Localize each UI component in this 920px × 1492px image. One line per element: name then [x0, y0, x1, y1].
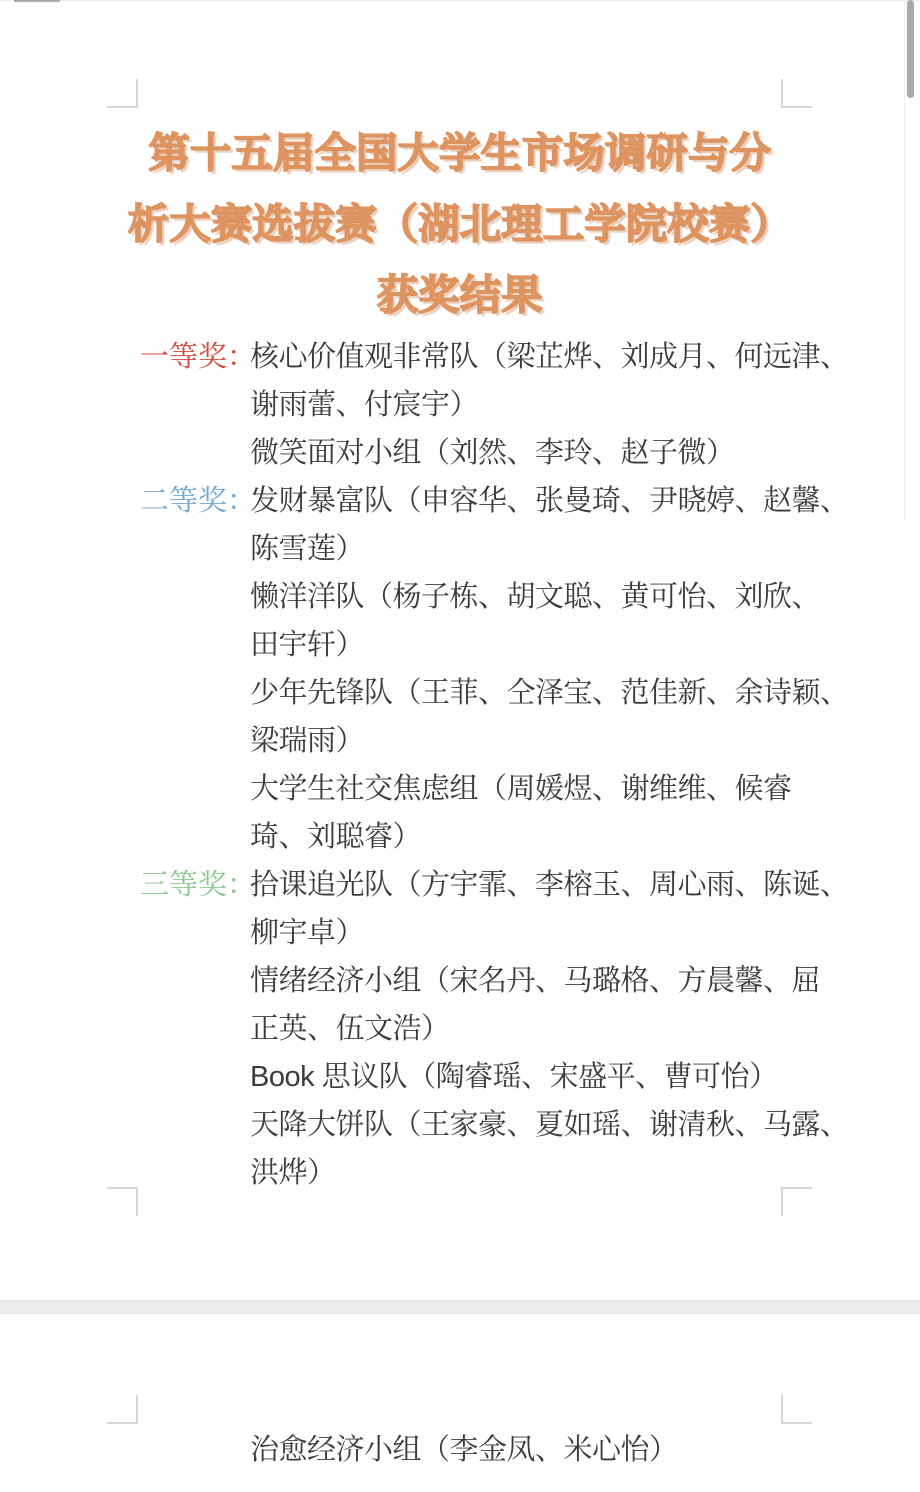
award-rank-label: 一等奖：: [140, 333, 256, 381]
award-line: 陈雪莲）: [140, 525, 830, 573]
award-rank-label: 三等奖：: [140, 861, 256, 909]
award-line-text: 柳宇卓）: [250, 917, 364, 949]
award-line: 少年先锋队（王菲、仝泽宝、范佳新、余诗颖、: [140, 669, 830, 717]
crop-mark-page2-top-right: [781, 1395, 812, 1424]
award-line-text: 谢雨蕾、付宸宇）: [250, 389, 478, 421]
award-line-text: 大学生社交焦虑组（周媛煜、谢维维、候睿: [250, 773, 792, 805]
top-edge-line: [0, 0, 920, 1]
award-line-text: 拾课追光队（方宇霏、李榕玉、周心雨、陈诞、: [250, 869, 849, 901]
page-gap-band: [0, 1300, 920, 1314]
award-line-text: 梁瑞雨）: [250, 725, 364, 757]
title-line-3: 获奖结果: [60, 260, 860, 331]
scrollbar-thumb[interactable]: [907, 0, 914, 98]
title-line-2: 析大赛选拔赛（湖北理工学院校赛）: [60, 189, 860, 260]
scrollbar-track[interactable]: [904, 0, 905, 520]
crop-mark-page2-top-left: [107, 1395, 138, 1424]
award-line-text: 情绪经济小组（宋名丹、马璐格、方晨馨、屈: [250, 965, 820, 997]
award-line: 田宇轩）: [140, 621, 830, 669]
award-line-text: 田宇轩）: [250, 629, 364, 661]
award-line: 二等奖： 发财暴富队（申容华、张曼琦、尹晓婷、赵馨、: [140, 477, 830, 525]
award-line: 治愈经济小组（李金凤、米心怡）: [140, 1428, 830, 1472]
award-line: 正英、伍文浩）: [140, 1005, 830, 1053]
crop-mark-page1-top-right: [781, 79, 812, 108]
crop-mark-page1-top-left: [107, 79, 138, 108]
award-line: 三等奖： 拾课追光队（方宇霏、李榕玉、周心雨、陈诞、: [140, 861, 830, 909]
award-line-text: 核心价值观非常队（梁芷烨、刘成月、何远津、: [250, 341, 849, 373]
award-line-text: 天降大饼队（王家豪、夏如瑶、谢清秋、马露、: [250, 1109, 849, 1141]
award-line-text: 懒洋洋队（杨子栋、胡文聪、黄可怡、刘欣、: [250, 581, 820, 613]
award-line-text: Book 思议队（陶睿瑶、宋盛平、曹可怡）: [250, 1061, 778, 1093]
crop-mark-page1-bottom-left: [107, 1187, 138, 1216]
award-line-text: 微笑面对小组（刘然、李玲、赵子微）: [250, 437, 735, 469]
award-line: 琦、刘聪睿）: [140, 813, 830, 861]
award-line: 懒洋洋队（杨子栋、胡文聪、黄可怡、刘欣、: [140, 573, 830, 621]
award-rank-label: 二等奖：: [140, 477, 256, 525]
award-line: 洪烨）: [140, 1149, 830, 1197]
award-line-text: 洪烨）: [250, 1157, 336, 1189]
award-line: 微笑面对小组（刘然、李玲、赵子微）: [140, 429, 830, 477]
award-line: 一等奖： 核心价值观非常队（梁芷烨、刘成月、何远津、: [140, 333, 830, 381]
award-line-text: 发财暴富队（申容华、张曼琦、尹晓婷、赵馨、: [250, 485, 849, 517]
top-edge-strip: [14, 0, 60, 2]
award-line-text: 琦、刘聪睿）: [250, 821, 421, 853]
award-line-text: 正英、伍文浩）: [250, 1013, 450, 1045]
award-line: Book 思议队（陶睿瑶、宋盛平、曹可怡）: [140, 1053, 830, 1101]
document-viewer: { "title": { "lines": [ "第十五届全国大学生市场调研与分…: [0, 0, 920, 1492]
page2-award-lines: 治愈经济小组（李金凤、米心怡）: [140, 1428, 830, 1472]
award-line: 柳宇卓）: [140, 909, 830, 957]
title-line-1: 第十五届全国大学生市场调研与分: [60, 118, 860, 189]
award-line-text: 治愈经济小组（李金凤、米心怡）: [250, 1434, 678, 1466]
award-results-list: 一等奖： 核心价值观非常队（梁芷烨、刘成月、何远津、 谢雨蕾、付宸宇） 微笑面对…: [140, 333, 830, 1197]
award-line: 大学生社交焦虑组（周媛煜、谢维维、候睿: [140, 765, 830, 813]
award-line: 天降大饼队（王家豪、夏如瑶、谢清秋、马露、: [140, 1101, 830, 1149]
document-title: 第十五届全国大学生市场调研与分 析大赛选拔赛（湖北理工学院校赛） 获奖结果: [60, 118, 860, 331]
award-line: 梁瑞雨）: [140, 717, 830, 765]
award-line-text: 陈雪莲）: [250, 533, 364, 565]
award-line: 情绪经济小组（宋名丹、马璐格、方晨馨、屈: [140, 957, 830, 1005]
award-line: 谢雨蕾、付宸宇）: [140, 381, 830, 429]
award-line-text: 少年先锋队（王菲、仝泽宝、范佳新、余诗颖、: [250, 677, 849, 709]
